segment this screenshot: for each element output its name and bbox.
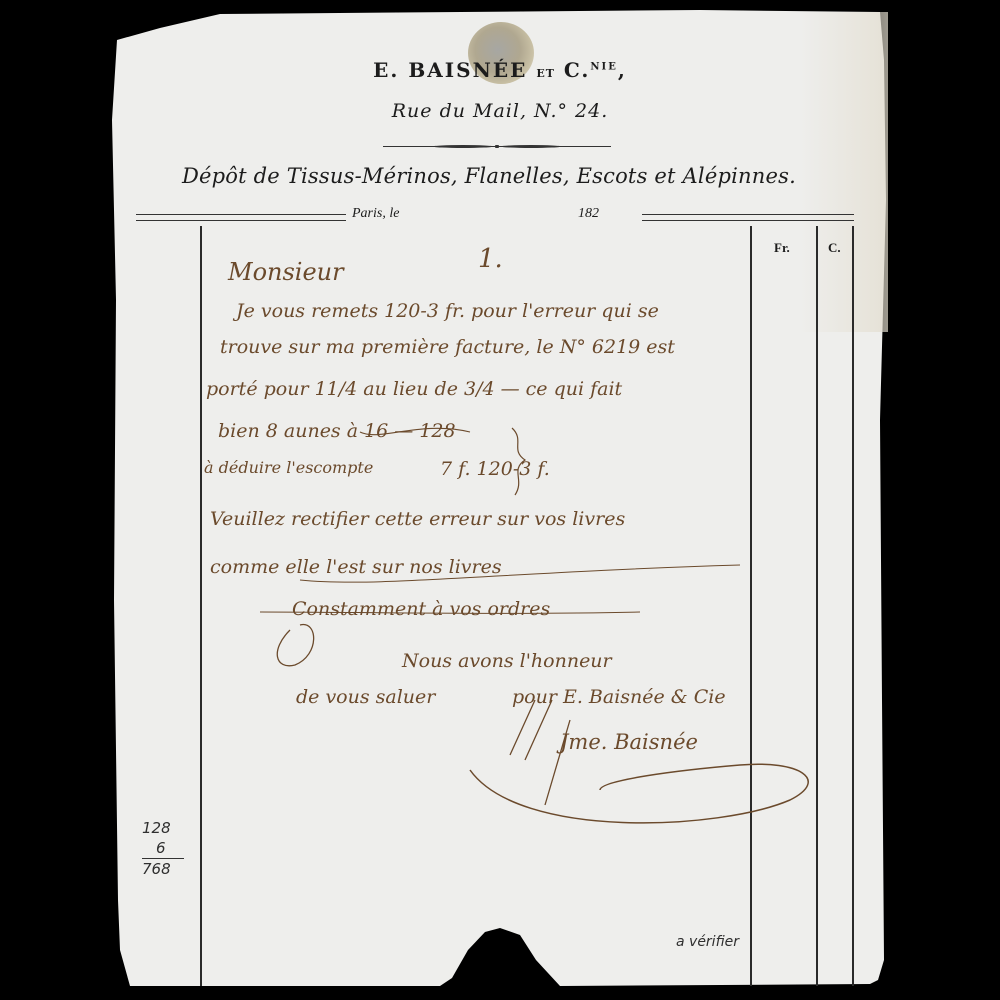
place-date-label: Paris, le [352, 206, 399, 222]
ornamental-rule [383, 145, 611, 148]
letter-line-4: bien 8 aunes à 16 — 128 [218, 420, 456, 442]
year-prefix: 182 [578, 206, 599, 222]
right-ruling-line [852, 226, 854, 986]
letter-line-2: trouve sur ma première facture, le N° 62… [220, 336, 675, 358]
francs-column-line [750, 226, 752, 986]
calc-result: 768 [142, 858, 184, 879]
column-header-francs: Fr. [774, 240, 790, 256]
letter-line-9: Constamment à vos ordres [292, 598, 550, 620]
signature-name: Jme. Baisnée [560, 730, 698, 754]
calc-operand-1: 128 [142, 818, 184, 838]
margin-calculation: 128 6 768 [142, 818, 184, 879]
calc-operand-2: 6 [142, 838, 184, 858]
business-description: Dépôt de Tissus-Mérinos, Flanelles, Esco… [182, 164, 796, 188]
closing-line-1: Nous avons l'honneur [402, 650, 612, 672]
column-header-centimes: C. [828, 240, 841, 256]
letter-line-5: à déduire l'escompte [204, 458, 373, 477]
pencil-note-verify: a vérifier [676, 934, 739, 950]
letter-line-1: Je vous remets 120-3 fr. pour l'erreur q… [236, 300, 659, 322]
letter-line-8: comme elle l'est sur nos livres [210, 556, 502, 578]
margin-ruling-line [200, 226, 202, 986]
double-rule-right [642, 214, 854, 221]
signature-firm: pour E. Baisnée & Cie [512, 686, 726, 708]
document-page: E. BAISNÉE ET C.NIE, Rue du Mail, N.° 24… [0, 0, 1000, 1000]
letter-line-7: Veuillez rectifier cette erreur sur vos … [210, 508, 625, 530]
salutation: Monsieur [228, 258, 344, 286]
firm-address: Rue du Mail, N.° 24. [0, 100, 1000, 122]
double-rule-left [136, 214, 346, 221]
closing-line-2: de vous saluer [296, 686, 435, 708]
centimes-column-line [816, 226, 818, 986]
firm-name: E. BAISNÉE ET C.NIE, [0, 58, 1000, 82]
letter-line-3: porté pour 11/4 au lieu de 3/4 — ce qui … [206, 378, 622, 400]
letter-line-6-amount: 7 f. 120-3 f. [440, 458, 550, 480]
handwritten-mark: 1. [478, 244, 503, 274]
